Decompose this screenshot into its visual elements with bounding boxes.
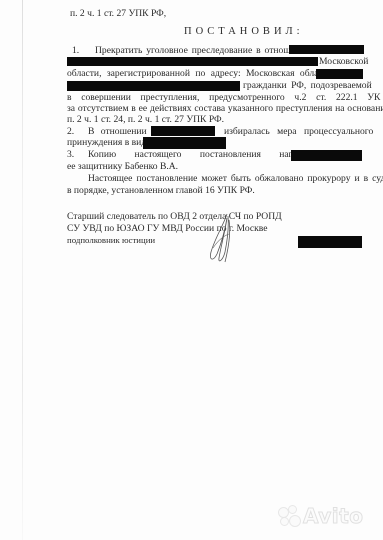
avito-watermark: Avito: [278, 500, 374, 532]
item1-line6: за отсутствием в ее действиях состава ук…: [67, 103, 383, 114]
redaction-box: [143, 137, 226, 149]
item2-line1-start: В отношении: [88, 126, 147, 137]
redaction-box: [298, 236, 362, 248]
item1-line1-text: Прекратить уголовное преследование в отн…: [95, 45, 310, 56]
redaction-box: [67, 81, 240, 91]
item1-line1: Прекратить уголовное преследование в отн…: [95, 45, 287, 56]
item1-line5: в совершении преступления, предусмотренн…: [67, 92, 383, 103]
handwritten-signature-icon: [203, 212, 237, 266]
item2-number: 2.: [67, 126, 74, 137]
avito-dots-logo-icon: [278, 505, 300, 527]
avito-watermark-text: Avito: [303, 504, 363, 528]
item1-line7: п. 2 ч. 1 ст. 24, п. 2 ч. 1 ст. 27 УПК Р…: [67, 114, 224, 125]
page-heading: ПОСТАНОВИЛ:: [184, 26, 304, 37]
signatory-position-line2: СУ УВД по ЮЗАО ГУ МВД России по г. Москв…: [67, 223, 268, 234]
item3-line2: ее защитнику Бабенко В.А.: [67, 161, 178, 172]
item3-number: 3.: [67, 149, 74, 160]
scanned-document-page: п. 2 ч. 1 ст. 27 УПК РФ, ПОСТАНОВИЛ: 1. …: [0, 0, 383, 540]
redaction-box: [151, 126, 215, 136]
redaction-box: [291, 150, 362, 161]
top-line: п. 2 ч. 1 ст. 27 УПК РФ,: [70, 8, 166, 19]
item3-line1: Копию настоящего постановления направить: [88, 149, 321, 160]
redaction-box: [289, 45, 364, 54]
item1-number: 1.: [72, 45, 79, 56]
appeal-line2: в порядке, установленном главой 16 УПК Р…: [67, 185, 255, 196]
item2-line1-end: избиралась мера процессуального: [224, 126, 373, 137]
appeal-line1: Настоящее постановление может быть обжал…: [88, 173, 383, 184]
item1-line4-tail: гражданки РФ, подозреваемой: [243, 80, 372, 91]
redaction-box: [316, 69, 363, 79]
signatory-position-line1: Старший следователь по ОВД 2 отдела СЧ п…: [67, 211, 282, 222]
item2-line2: принуждения в виде: [67, 137, 150, 148]
signatory-rank: подполковник юстиции: [67, 235, 155, 246]
redaction-box: [67, 57, 318, 66]
item1-line3: области, зарегистрированной по адресу: М…: [67, 68, 313, 79]
item1-line2-tail: Московской: [319, 56, 368, 67]
scan-artifact-line: [22, 0, 23, 540]
